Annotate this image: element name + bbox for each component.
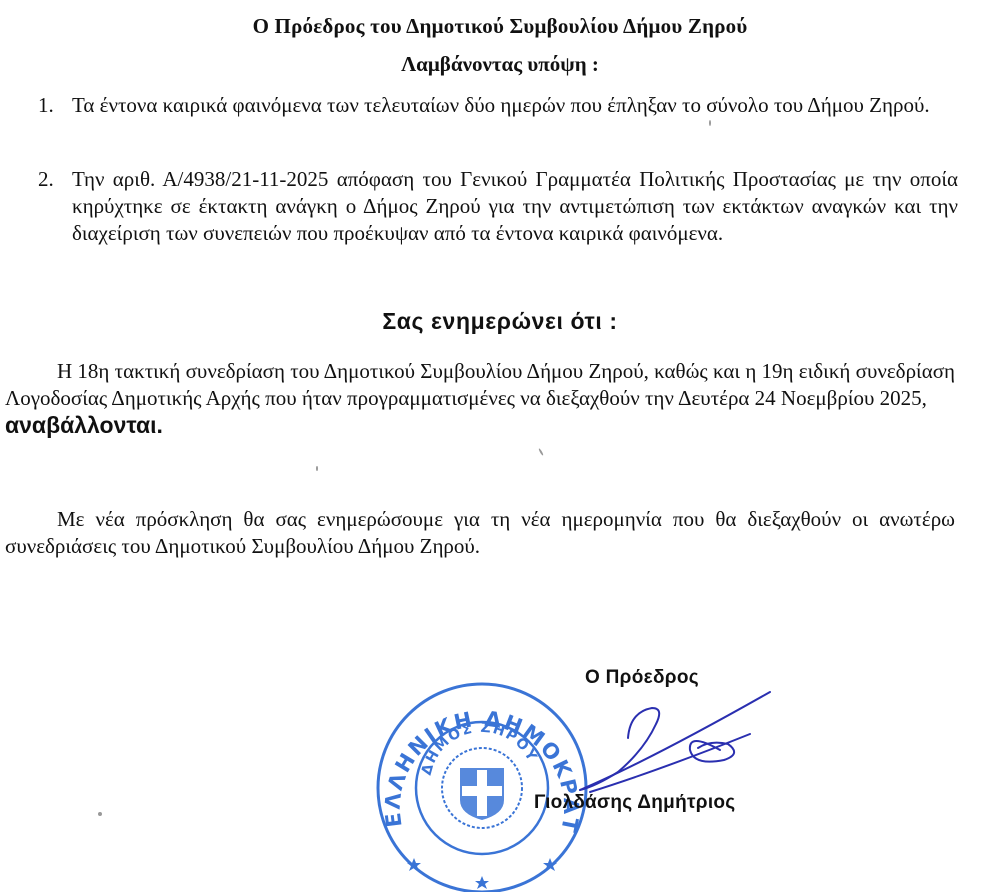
scan-speck (98, 812, 102, 816)
document-title: Ο Πρόεδρος του Δημοτικού Συμβουλίου Δήμο… (0, 14, 1000, 39)
scan-speck (538, 448, 544, 456)
signer-role: Ο Πρόεδρος (585, 667, 699, 689)
postponed-emphasis: αναβάλλονται. (5, 412, 163, 438)
followup-paragraph: Με νέα πρόσκληση θα σας ενημερώσουμε για… (5, 506, 955, 560)
handwritten-signature (560, 690, 790, 800)
announcement-paragraph: Η 18η τακτική συνεδρίαση του Δημοτικού Σ… (5, 358, 955, 440)
signer-name: Γιολδάσης Δημήτριος (534, 792, 735, 814)
item-number: 2. (38, 166, 54, 193)
item-number: 1. (38, 92, 54, 119)
consideration-item: 1. Τα έντονα καιρικά φαινόμενα των τελευ… (38, 92, 958, 119)
coat-of-arms-icon (460, 768, 504, 820)
star-icon (407, 858, 557, 889)
announcement-text: Η 18η τακτική συνεδρίαση του Δημοτικού Σ… (5, 359, 955, 410)
scan-speck (709, 120, 711, 126)
informs-heading: Σας ενημερώνει ότι : (0, 308, 1000, 335)
municipal-stamp: ΕΛΛΗΝΙΚΗ ΔΗΜΟΚΡΑΤΙΑ ΔΗΜΟΣ ΖΗΡΟΥ (372, 676, 592, 892)
considering-heading: Λαμβάνοντας υπόψη : (0, 52, 1000, 77)
consideration-item: 2. Την αριθ. Α/4938/21-11-2025 απόφαση τ… (38, 166, 958, 247)
item-text: Την αριθ. Α/4938/21-11-2025 απόφαση του … (72, 166, 958, 247)
scan-speck (316, 466, 318, 471)
item-text: Τα έντονα καιρικά φαινόμενα των τελευταί… (72, 92, 958, 119)
